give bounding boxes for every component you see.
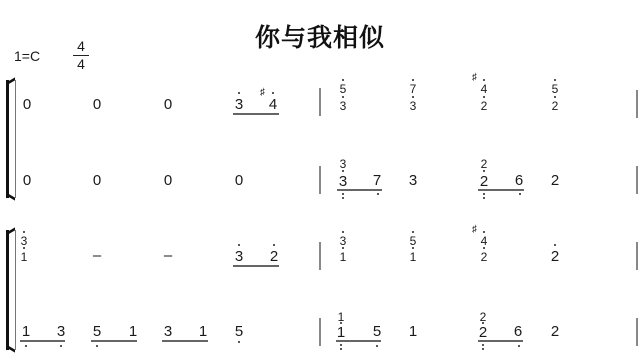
high-dot: [342, 247, 344, 249]
barline: [636, 318, 638, 346]
high-dot: [483, 231, 485, 233]
eighth-underline: [478, 189, 524, 191]
sharp-icon: ♯: [472, 73, 477, 83]
note: 2: [548, 324, 562, 339]
low-dot: [60, 345, 62, 347]
eighth-underline: [20, 340, 65, 342]
eighth-underline: [91, 340, 137, 342]
low-dot: [376, 345, 378, 347]
note: 3: [161, 324, 175, 339]
note: 1: [196, 324, 210, 339]
high-dot: [272, 92, 274, 94]
note: 5: [370, 324, 384, 339]
note: 0: [90, 173, 104, 188]
note: 7: [406, 83, 420, 95]
key-signature: 1=C: [14, 48, 40, 64]
note: 1: [126, 324, 140, 339]
high-dot: [554, 244, 556, 246]
system-brace-1: [6, 80, 16, 198]
high-dot: [483, 96, 485, 98]
note: 3: [54, 324, 68, 339]
time-signature: 4 4: [74, 38, 88, 73]
low-dot: [342, 197, 344, 199]
note: 5: [232, 324, 246, 339]
rest-dash: –: [161, 248, 175, 263]
high-dot: [342, 79, 344, 81]
barline: [636, 90, 638, 118]
note: 0: [20, 173, 34, 188]
note: 6: [512, 173, 526, 188]
note: 3: [336, 100, 350, 112]
barline: [319, 318, 321, 346]
eighth-underline: [233, 265, 279, 267]
note: 0: [20, 97, 34, 112]
note: 5: [336, 83, 350, 95]
sharp-icon: ♯: [472, 225, 477, 235]
low-dot: [342, 170, 344, 172]
note: 1: [406, 324, 420, 339]
high-dot: [23, 247, 25, 249]
low-dot: [340, 348, 342, 350]
note: 2: [477, 174, 491, 189]
time-top: 4: [74, 38, 88, 55]
note: 3: [336, 235, 350, 247]
high-dot: [23, 231, 25, 233]
eighth-underline: [337, 189, 382, 191]
eighth-underline: [478, 340, 523, 342]
note: 3: [232, 97, 246, 112]
note: 0: [161, 97, 175, 112]
high-dot: [238, 244, 240, 246]
note: 0: [161, 173, 175, 188]
eighth-underline: [336, 340, 381, 342]
note: 1: [406, 251, 420, 263]
high-dot: [554, 96, 556, 98]
note: 2: [548, 100, 562, 112]
note: 2: [477, 100, 491, 112]
low-dot: [518, 345, 520, 347]
low-dot: [519, 193, 521, 195]
note: 2: [548, 249, 562, 264]
time-bottom: 4: [74, 56, 88, 73]
system-brace-2: [6, 230, 16, 350]
note: 2: [267, 249, 281, 264]
note: 4: [477, 83, 491, 95]
low-dot: [483, 193, 485, 195]
eighth-underline: [162, 340, 208, 342]
note: 0: [232, 173, 246, 188]
note: 3: [406, 100, 420, 112]
low-dot: [377, 193, 379, 195]
note: 0: [90, 97, 104, 112]
low-dot: [25, 345, 27, 347]
low-dot: [483, 170, 485, 172]
note: 2: [548, 173, 562, 188]
note: 1: [334, 325, 348, 340]
low-dot: [340, 344, 342, 346]
low-dot: [342, 193, 344, 195]
high-dot: [412, 96, 414, 98]
high-dot: [342, 231, 344, 233]
note: 3: [232, 249, 246, 264]
high-dot: [483, 247, 485, 249]
barline: [319, 166, 321, 194]
sharp-icon: ♯: [260, 88, 265, 98]
barline: [319, 88, 321, 116]
note: 4: [477, 235, 491, 247]
note: 3: [336, 158, 350, 170]
high-dot: [554, 79, 556, 81]
low-dot: [96, 345, 98, 347]
rest-dash: –: [90, 248, 104, 263]
barline: [636, 166, 638, 194]
note: 5: [548, 83, 562, 95]
note: 2: [477, 251, 491, 263]
note: 1: [17, 251, 31, 263]
note: 1: [336, 251, 350, 263]
high-dot: [412, 79, 414, 81]
note: 3: [336, 174, 350, 189]
high-dot: [412, 231, 414, 233]
note: 3: [17, 235, 31, 247]
high-dot: [238, 92, 240, 94]
barline: [319, 242, 321, 270]
low-dot: [482, 348, 484, 350]
high-dot: [273, 244, 275, 246]
note: 4: [266, 97, 280, 112]
note: 3: [406, 173, 420, 188]
score-title: 你与我相似: [0, 18, 640, 54]
note: 2: [477, 158, 491, 170]
barline: [636, 242, 638, 270]
low-dot: [483, 197, 485, 199]
low-dot: [238, 341, 240, 343]
note: 5: [406, 235, 420, 247]
note: 6: [511, 324, 525, 339]
note: 7: [370, 173, 384, 188]
low-dot: [482, 344, 484, 346]
high-dot: [412, 247, 414, 249]
high-dot: [342, 96, 344, 98]
high-dot: [483, 79, 485, 81]
note: 2: [476, 325, 490, 340]
eighth-underline: [233, 113, 279, 115]
note: 5: [90, 324, 104, 339]
note: 1: [19, 324, 33, 339]
